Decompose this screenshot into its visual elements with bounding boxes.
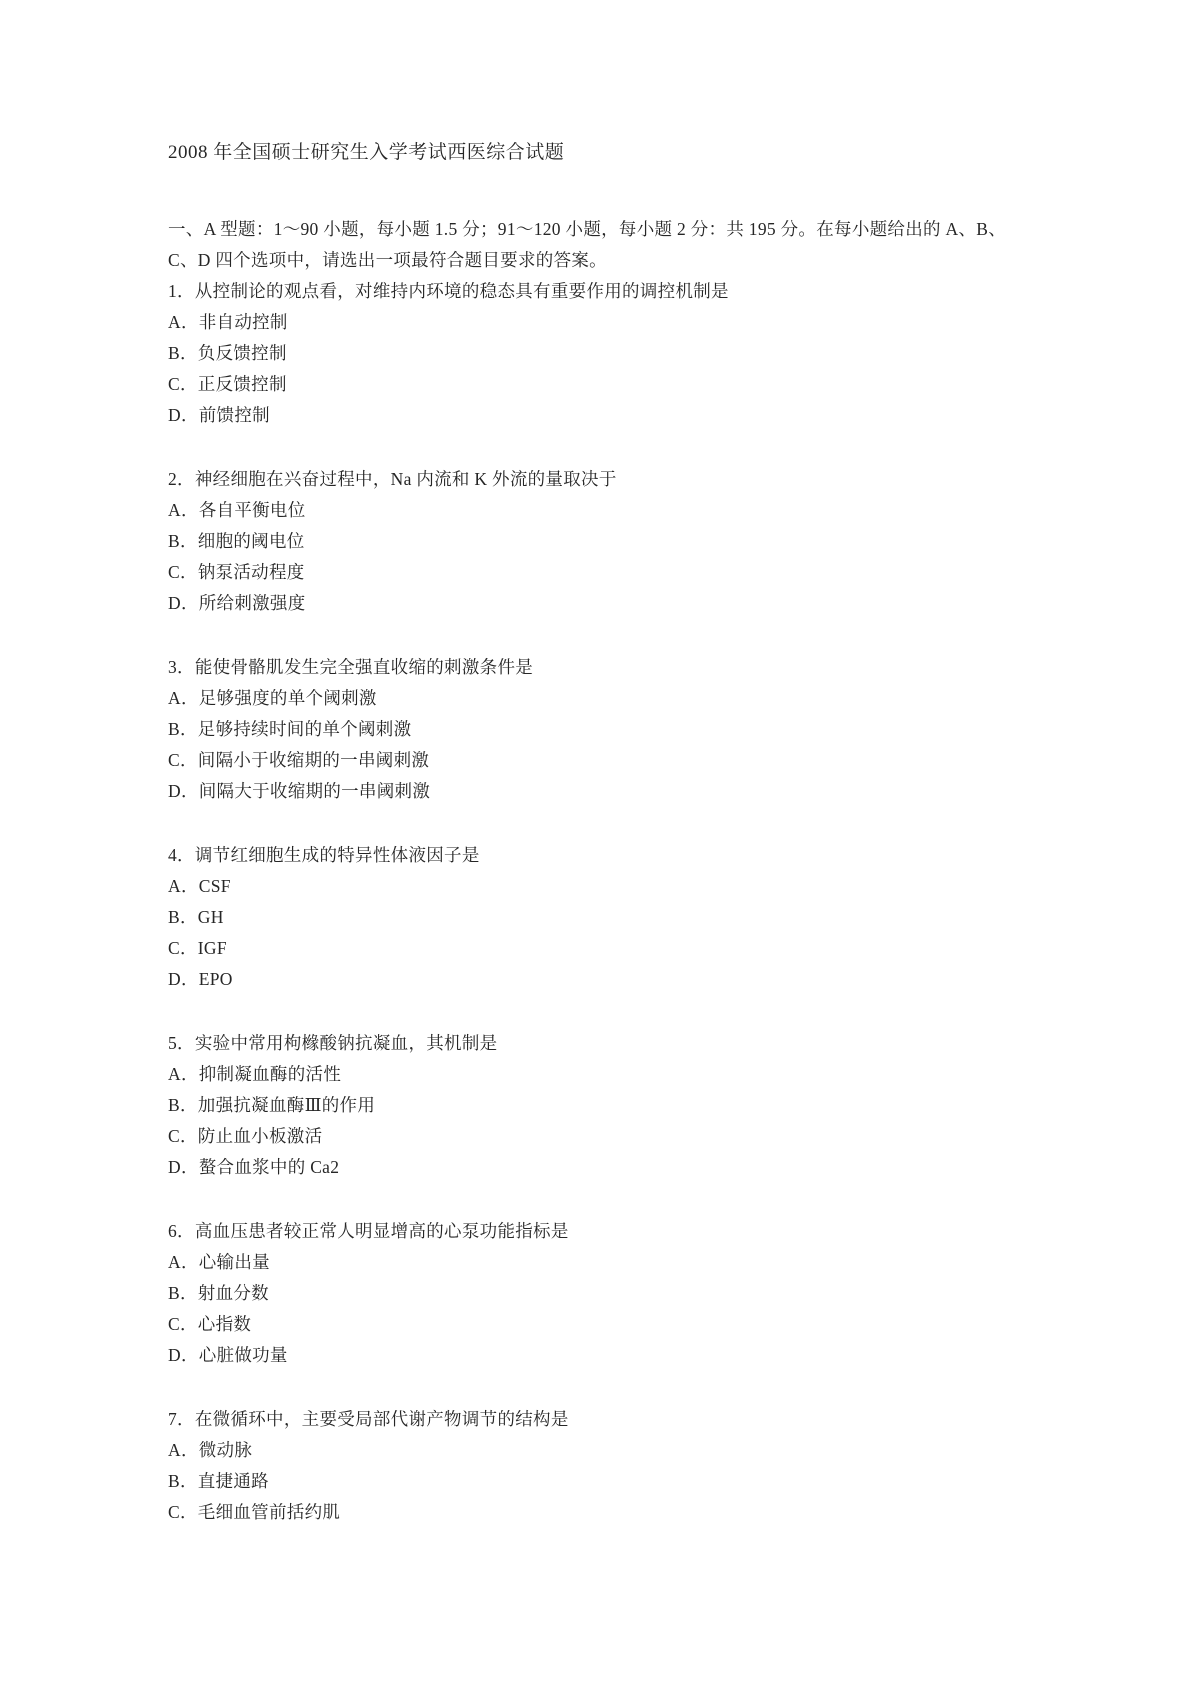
question-option: C．心指数 xyxy=(168,1309,1034,1340)
question-stem: 7．在微循环中，主要受局部代谢产物调节的结构是 xyxy=(168,1404,1034,1435)
question-option: A．各自平衡电位 xyxy=(168,495,1034,526)
question-option: D．间隔大于收缩期的一串阈刺激 xyxy=(168,776,1034,807)
question-option: A．微动脉 xyxy=(168,1435,1034,1466)
question-stem: 3．能使骨骼肌发生完全强直收缩的刺激条件是 xyxy=(168,652,1034,683)
question-block: 6．高血压患者较正常人明显增高的心泵功能指标是A．心输出量B．射血分数C．心指数… xyxy=(168,1216,1034,1371)
question-option: A．足够强度的单个阈刺激 xyxy=(168,683,1034,714)
question-block: 2．神经细胞在兴奋过程中，Na 内流和 K 外流的量取决于A．各自平衡电位B．细… xyxy=(168,464,1034,619)
question-option: B．直捷通路 xyxy=(168,1466,1034,1497)
questions-list: 1．从控制论的观点看，对维持内环境的稳态具有重要作用的调控机制是A．非自动控制B… xyxy=(168,276,1034,1528)
question-option: B．GH xyxy=(168,902,1034,933)
question-option: C．毛细血管前括约肌 xyxy=(168,1497,1034,1528)
question-option: A．CSF xyxy=(168,871,1034,902)
question-option: B．加强抗凝血酶Ⅲ的作用 xyxy=(168,1090,1034,1121)
question-block: 3．能使骨骼肌发生完全强直收缩的刺激条件是A．足够强度的单个阈刺激B．足够持续时… xyxy=(168,652,1034,807)
question-option: D．所给刺激强度 xyxy=(168,588,1034,619)
question-option: B．细胞的阈电位 xyxy=(168,526,1034,557)
question-stem: 4．调节红细胞生成的特异性体液因子是 xyxy=(168,840,1034,871)
question-option: A．心输出量 xyxy=(168,1247,1034,1278)
question-block: 5．实验中常用枸橼酸钠抗凝血，其机制是A．抑制凝血酶的活性B．加强抗凝血酶Ⅲ的作… xyxy=(168,1028,1034,1183)
question-option: D．心脏做功量 xyxy=(168,1340,1034,1371)
question-block: 7．在微循环中，主要受局部代谢产物调节的结构是A．微动脉B．直捷通路C．毛细血管… xyxy=(168,1404,1034,1528)
question-stem: 6．高血压患者较正常人明显增高的心泵功能指标是 xyxy=(168,1216,1034,1247)
exam-document-page: 2008 年全国硕士研究生入学考试西医综合试题 一、A 型题：1～90 小题，每… xyxy=(0,0,1190,1683)
question-option: C．间隔小于收缩期的一串阈刺激 xyxy=(168,745,1034,776)
question-option: A．非自动控制 xyxy=(168,307,1034,338)
question-stem: 2．神经细胞在兴奋过程中，Na 内流和 K 外流的量取决于 xyxy=(168,464,1034,495)
question-option: C．防止血小板激活 xyxy=(168,1121,1034,1152)
page-title: 2008 年全国硕士研究生入学考试西医综合试题 xyxy=(168,137,1034,168)
question-stem: 1．从控制论的观点看，对维持内环境的稳态具有重要作用的调控机制是 xyxy=(168,276,1034,307)
section-instructions: 一、A 型题：1～90 小题，每小题 1.5 分；91～120 小题，每小题 2… xyxy=(168,214,1034,276)
question-option: B．足够持续时间的单个阈刺激 xyxy=(168,714,1034,745)
question-block: 4．调节红细胞生成的特异性体液因子是A．CSFB．GHC．IGFD．EPO xyxy=(168,840,1034,995)
question-option: B．负反馈控制 xyxy=(168,338,1034,369)
question-option: C．IGF xyxy=(168,933,1034,964)
question-option: C．钠泵活动程度 xyxy=(168,557,1034,588)
question-stem: 5．实验中常用枸橼酸钠抗凝血，其机制是 xyxy=(168,1028,1034,1059)
question-option: D．螯合血浆中的 Ca2 xyxy=(168,1152,1034,1183)
document-content: 2008 年全国硕士研究生入学考试西医综合试题 一、A 型题：1～90 小题，每… xyxy=(168,137,1034,1528)
question-option: A．抑制凝血酶的活性 xyxy=(168,1059,1034,1090)
question-option: D．EPO xyxy=(168,964,1034,995)
question-block: 1．从控制论的观点看，对维持内环境的稳态具有重要作用的调控机制是A．非自动控制B… xyxy=(168,276,1034,431)
question-option: D．前馈控制 xyxy=(168,400,1034,431)
question-option: B．射血分数 xyxy=(168,1278,1034,1309)
question-option: C．正反馈控制 xyxy=(168,369,1034,400)
